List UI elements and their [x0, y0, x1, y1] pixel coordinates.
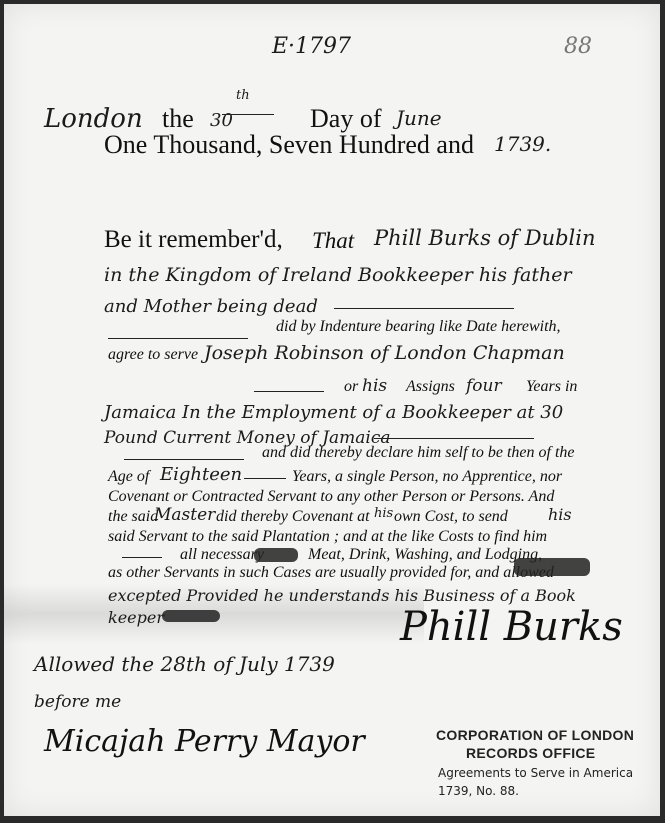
covenant-clause: Covenant or Contracted Servant to any ot…	[108, 488, 554, 506]
mayor-signature: Micajah Perry Mayor	[44, 724, 365, 759]
month-handwritten: June	[396, 106, 442, 130]
plantation-clause: said Servant to the said Plantation ; an…	[108, 528, 547, 546]
servant-age: Eighteen	[160, 464, 242, 485]
day-underline	[222, 114, 274, 115]
blank-rule	[122, 557, 162, 558]
stamp-title-records: RECORDS OFFICE	[466, 745, 595, 761]
blank-rule	[108, 338, 248, 339]
agree-to-serve: agree to serve	[108, 346, 198, 364]
or-word: or	[344, 378, 358, 396]
struck-word	[514, 558, 590, 576]
his-servant: his	[548, 505, 572, 524]
usual-provision-clause: as other Servants in such Cases are usua…	[108, 564, 554, 582]
proviso-end: keeper	[108, 608, 164, 627]
struck-word	[254, 548, 298, 562]
stamp-collection: Agreements to Serve in America	[438, 766, 633, 780]
page-number: 88	[564, 34, 592, 59]
declaration-clause: and did thereby declare him self to be t…	[262, 444, 575, 462]
blank-rule	[374, 438, 534, 439]
own-cost: own Cost, to send	[394, 508, 508, 526]
blank-rule	[124, 459, 244, 460]
assigns-word: Assigns	[406, 378, 455, 396]
all-necessary: all necessary	[180, 546, 264, 564]
day-suffix: th	[236, 88, 250, 103]
his-own: his	[374, 506, 393, 521]
stamp-item-number: 1739, No. 88.	[438, 784, 519, 798]
be-it-remembered: Be it remember'd,	[104, 226, 283, 254]
servant-name-origin: Phill Burks of Dublin	[374, 226, 596, 250]
stamp-title-corporation: CORPORATION OF LONDON	[436, 727, 634, 743]
indenture-document: E·1797 88 London the 30 th Day of June O…	[4, 4, 660, 816]
term-years: four	[466, 376, 502, 396]
year-handwritten: 1739.	[494, 132, 551, 156]
destination-employment: Jamaica In the Employment of a Bookkeepe…	[104, 402, 563, 423]
indenture-clause: did by Indenture bearing like Date herew…	[276, 318, 561, 336]
struck-word	[162, 610, 220, 622]
servant-signature: Phill Burks	[400, 604, 623, 650]
master-word: Master	[154, 505, 215, 525]
covenant-at: did thereby Covenant at	[216, 508, 370, 526]
his-word: his	[362, 376, 387, 396]
servant-origin-occupation: in the Kingdom of Ireland Bookkeeper his…	[104, 264, 572, 286]
reference-number: E·1797	[272, 34, 351, 59]
age-of: Age of	[108, 468, 149, 486]
blank-rule	[254, 391, 324, 392]
blank-rule	[244, 478, 286, 479]
single-person-clause: Years, a single Person, no Apprentice, n…	[292, 468, 562, 486]
the-said: the said	[108, 508, 158, 526]
years-in: Years in	[526, 378, 577, 396]
master-name: Joseph Robinson of London Chapman	[204, 342, 565, 364]
allowance-date: Allowed the 28th of July 1739	[34, 652, 335, 676]
that-word: That	[312, 228, 354, 254]
parents-status: and Mother being dead	[104, 296, 318, 317]
year-prefix: One Thousand, Seven Hundred and	[104, 130, 474, 160]
proviso-clause: excepted Provided he understands his Bus…	[108, 586, 576, 605]
blank-rule	[334, 308, 514, 309]
provisions-list: Meat, Drink, Washing, and Lodging,	[308, 546, 542, 564]
before-me: before me	[34, 692, 121, 712]
